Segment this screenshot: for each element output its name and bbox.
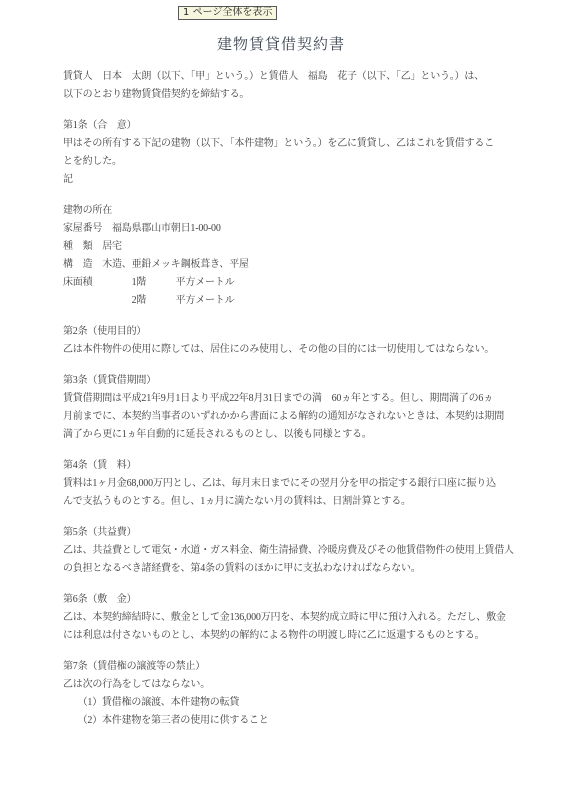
article-5-block: 第5条（共益費） 乙は、共益費として電気・水道・ガス料金、衛生清掃費、冷暖房費及… xyxy=(63,524,513,578)
doc-line: 乙は、本契約締結時に、敷金として金136,000万円を、本契約成立時に甲に預け入… xyxy=(63,609,513,627)
doc-line: 乙は次の行為をしてはならない。 xyxy=(63,676,513,694)
list-item: （1）賃借権の譲渡、本件建物の転貸 xyxy=(63,694,513,712)
doc-line: 賃貸借期間は平成21年9月1日より平成22年8月31日までの満 60ヵ年とする。… xyxy=(63,390,513,408)
doc-line: の負担となるべき諸経費を、第4条の賃料のほかに甲に支払わなければならない。 xyxy=(63,560,513,578)
doc-line: 甲はその所有する下記の建物（以下、「本件建物」という。）を乙に賃貸し、乙はこれを… xyxy=(63,135,513,153)
doc-line: 賃貸人 日本 太朗（以下、「甲」という。）と賃借人 福島 花子（以下、「乙」とい… xyxy=(63,68,513,86)
doc-line: 建物の所在 xyxy=(63,202,513,220)
document-title: 建物賃貸借契約書 xyxy=(0,33,562,54)
doc-line: 種 類 居宅 xyxy=(63,238,513,256)
document-page: 賃貸人 日本 太朗（以下、「甲」という。）と賃借人 福島 花子（以下、「乙」とい… xyxy=(63,68,513,730)
doc-line: 月前までに、本契約当事者のいずれかから書面による解約の通知がなされないときは、本… xyxy=(63,408,513,426)
article-1-block: 第1条（合 意） 甲はその所有する下記の建物（以下、「本件建物」という。）を乙に… xyxy=(63,117,513,189)
doc-line: 賃料は1ヶ月金68,000万円とし、乙は、毎月末日までにその翌月分を甲の指定する… xyxy=(63,475,513,493)
article-heading: 第2条（使用目的） xyxy=(63,323,513,341)
doc-line: 乙は本件物件の使用に際しては、居住にのみ使用し、その他の目的には一切使用してはな… xyxy=(63,341,513,359)
article-heading: 第5条（共益費） xyxy=(63,524,513,542)
doc-line: には利息は付さないものとし、本契約の解約による物件の明渡し時に乙に返還するものと… xyxy=(63,627,513,645)
preamble-block: 賃貸人 日本 太朗（以下、「甲」という。）と賃借人 福島 花子（以下、「乙」とい… xyxy=(63,68,513,104)
show-full-page-button[interactable]: 1 ページ全体を表示 xyxy=(178,6,277,20)
doc-line: 床面積 1階 平方メートル xyxy=(63,274,513,292)
article-7-block: 第7条（賃借権の譲渡等の禁止） 乙は次の行為をしてはならない。 （1）賃借権の譲… xyxy=(63,658,513,730)
viewer-toolbar: 1 ページ全体を表示 xyxy=(178,0,562,18)
list-item: （2）本件建物を第三者の使用に供すること xyxy=(63,712,513,730)
doc-line: 満了から更に1ヵ年自動的に延長されるものとし、以後も同様とする。 xyxy=(63,426,513,444)
article-6-block: 第6条（敷 金） 乙は、本契約締結時に、敷金として金136,000万円を、本契約… xyxy=(63,591,513,645)
doc-line: 2階 平方メートル xyxy=(63,292,513,310)
article-heading: 第1条（合 意） xyxy=(63,117,513,135)
doc-line: 以下のとおり建物賃貸借契約を締結する。 xyxy=(63,86,513,104)
article-2-block: 第2条（使用目的） 乙は本件物件の使用に際しては、居住にのみ使用し、その他の目的… xyxy=(63,323,513,359)
doc-line: 構 造 木造、亜鉛メッキ鋼板葺き、平屋 xyxy=(63,256,513,274)
doc-line: んで支払うものとする。但し、1ヵ月に満たない月の賃料は、日割計算とする。 xyxy=(63,493,513,511)
doc-line: 家屋番号 福島県郡山市朝日1-00-00 xyxy=(63,220,513,238)
article-heading: 第4条（賃 料） xyxy=(63,457,513,475)
article-4-block: 第4条（賃 料） 賃料は1ヶ月金68,000万円とし、乙は、毎月末日までにその翌… xyxy=(63,457,513,511)
article-heading: 第3条（賃貸借期間） xyxy=(63,372,513,390)
doc-line: とを約した。 xyxy=(63,153,513,171)
article-heading: 第7条（賃借権の譲渡等の禁止） xyxy=(63,658,513,676)
article-heading: 第6条（敷 金） xyxy=(63,591,513,609)
doc-line: 記 xyxy=(63,171,513,189)
property-details-block: 建物の所在 家屋番号 福島県郡山市朝日1-00-00 種 類 居宅 構 造 木造… xyxy=(63,202,513,310)
doc-line: 乙は、共益費として電気・水道・ガス料金、衛生清掃費、冷暖房費及びその他賃借物件の… xyxy=(63,542,513,560)
article-3-block: 第3条（賃貸借期間） 賃貸借期間は平成21年9月1日より平成22年8月31日まで… xyxy=(63,372,513,444)
